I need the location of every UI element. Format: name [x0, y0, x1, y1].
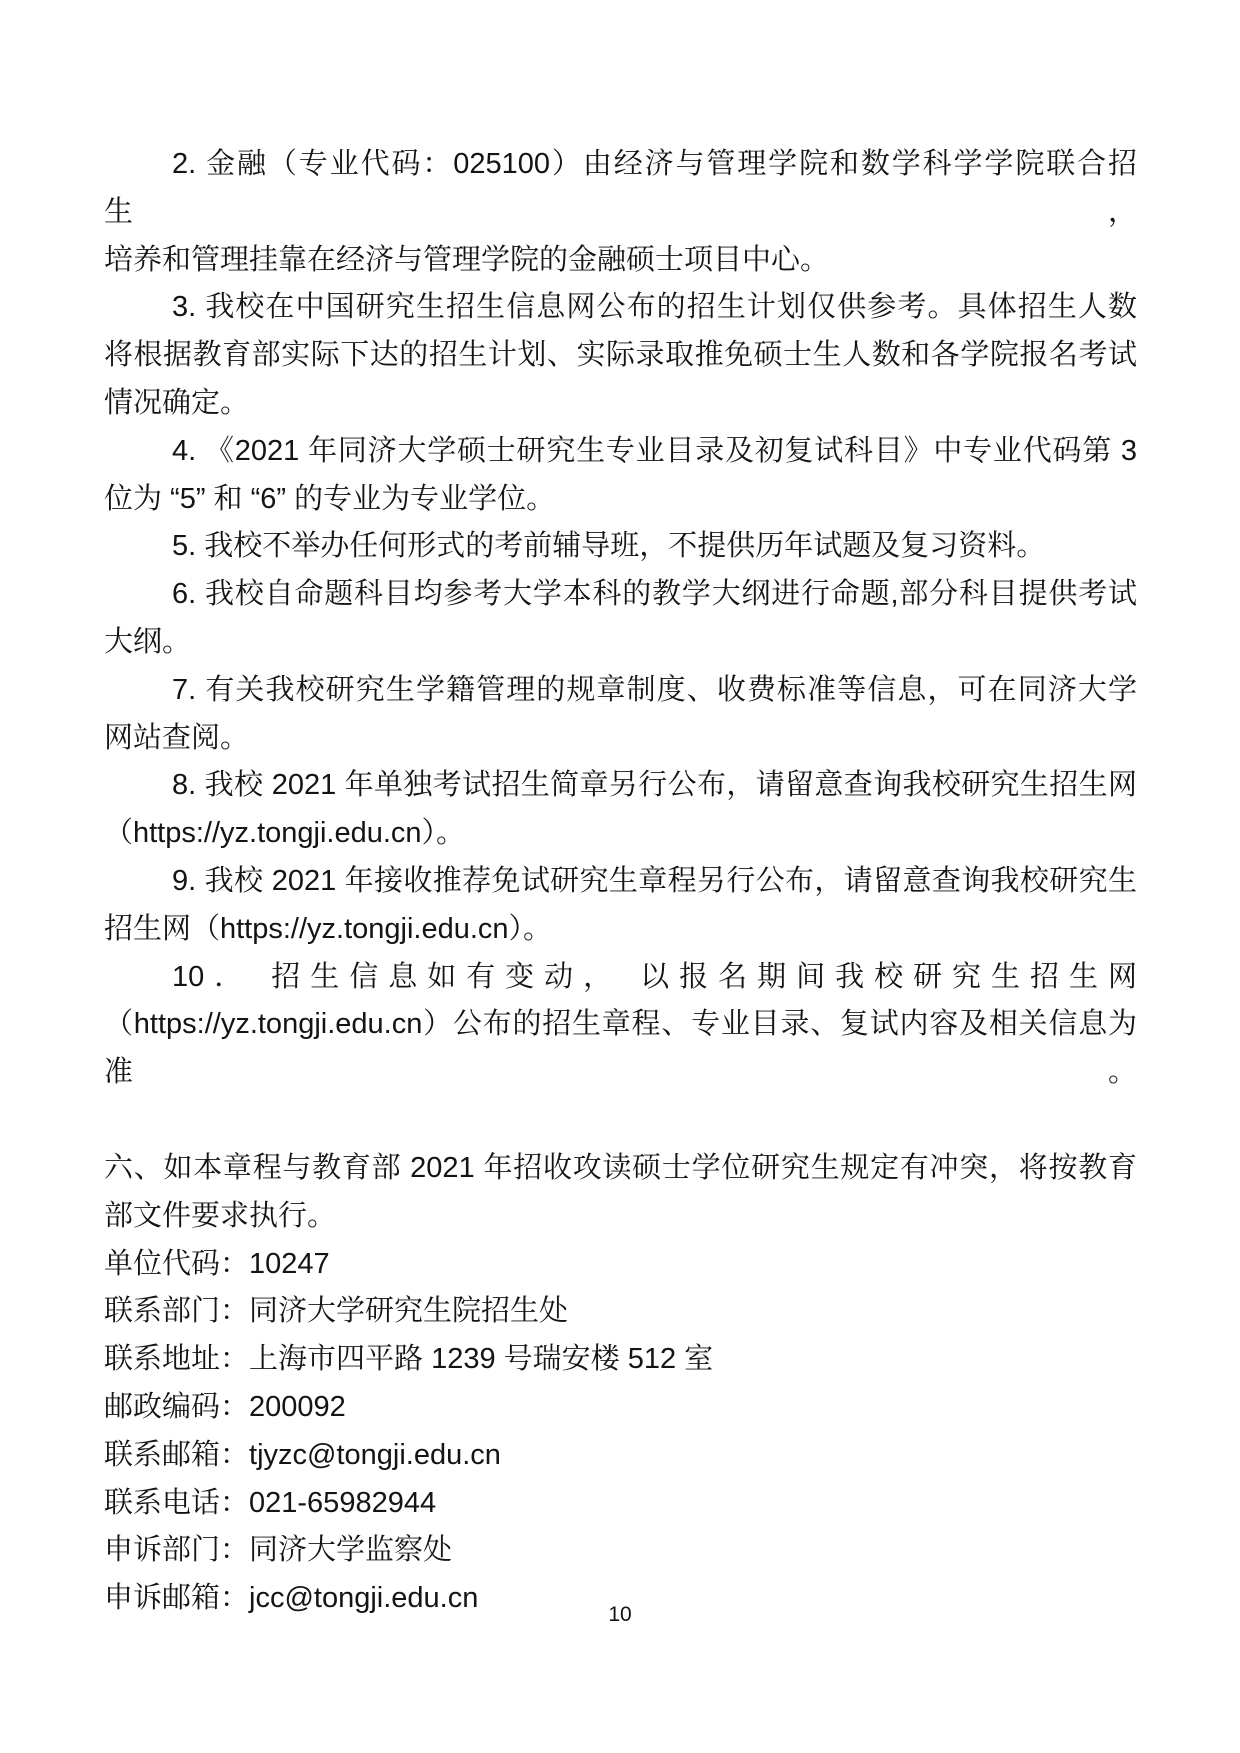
- contact-label: 联系部门：: [104, 1295, 249, 1327]
- text-line: 部文件要求执行。: [104, 1193, 1137, 1241]
- text-line: 网站查阅。: [104, 715, 1137, 763]
- text-line: 2. 金融（专业代码：025100）由经济与管理学院和数学科学学院联合招生，: [104, 141, 1137, 237]
- text-line: 培养和管理挂靠在经济与管理学院的金融硕士项目中心。: [104, 237, 1137, 285]
- list-item-5: 5. 我校不举办任何形式的考前辅导班，不提供历年试题及复习资料。: [104, 523, 1137, 571]
- text-line: 大纲。: [104, 619, 1137, 667]
- text-line: 8. 我校 2021 年单独考试招生简章另行公布，请留意查询我校研究生招生网: [104, 762, 1137, 810]
- contact-label: 邮政编码：: [104, 1391, 249, 1423]
- text-line: 4. 《2021 年同济大学硕士研究生专业目录及初复试科目》中专业代码第 3: [104, 428, 1137, 476]
- text-line: 10． 招生信息如有变动， 以报名期间我校研究生招生网: [104, 954, 1137, 1002]
- text-line: 位为 “5” 和 “6” 的专业为专业学位。: [104, 476, 1137, 524]
- text-line: 7. 有关我校研究生学籍管理的规章制度、收费标准等信息，可在同济大学: [104, 667, 1137, 715]
- list-item-8: 8. 我校 2021 年单独考试招生简章另行公布，请留意查询我校研究生招生网 （…: [104, 762, 1137, 858]
- contact-phone: 联系电话：021-65982944: [104, 1480, 1137, 1528]
- contact-value: 021-65982944: [249, 1487, 436, 1519]
- list-item-9: 9. 我校 2021 年接收推荐免试研究生章程另行公布，请留意查询我校研究生 招…: [104, 858, 1137, 954]
- text-line: 5. 我校不举办任何形式的考前辅导班，不提供历年试题及复习资料。: [104, 523, 1137, 571]
- contact-value: 200092: [249, 1391, 346, 1423]
- contact-email: 联系邮箱：tjyzc@tongji.edu.cn: [104, 1432, 1137, 1480]
- contact-department: 联系部门：同济大学研究生院招生处: [104, 1288, 1137, 1336]
- contact-value: 同济大学研究生院招生处: [249, 1295, 568, 1327]
- contact-postal-code: 邮政编码：200092: [104, 1384, 1137, 1432]
- document-page: 2. 金融（专业代码：025100）由经济与管理学院和数学科学学院联合招生， 培…: [0, 0, 1240, 1753]
- text-line: 9. 我校 2021 年接收推荐免试研究生章程另行公布，请留意查询我校研究生: [104, 858, 1137, 906]
- section-six: 六、如本章程与教育部 2021 年招收攻读硕士学位研究生规定有冲突，将按教育 部…: [104, 1145, 1137, 1241]
- list-item-7: 7. 有关我校研究生学籍管理的规章制度、收费标准等信息，可在同济大学 网站查阅。: [104, 667, 1137, 763]
- contact-label: 联系地址：: [104, 1343, 249, 1375]
- contact-label: 联系邮箱：: [104, 1439, 249, 1471]
- document-body: 2. 金融（专业代码：025100）由经济与管理学院和数学科学学院联合招生， 培…: [104, 141, 1137, 1623]
- blank-line: [104, 1097, 1137, 1145]
- text-line: （https://yz.tongji.edu.cn）公布的招生章程、专业目录、复…: [104, 1001, 1137, 1097]
- contact-address: 联系地址：上海市四平路 1239 号瑞安楼 512 室: [104, 1336, 1137, 1384]
- contact-unit-code: 单位代码：10247: [104, 1241, 1137, 1289]
- text-line: 招生网（https://yz.tongji.edu.cn）。: [104, 906, 1137, 954]
- contact-value: 10247: [249, 1248, 330, 1280]
- text-line: （https://yz.tongji.edu.cn）。: [104, 810, 1137, 858]
- list-item-10: 10． 招生信息如有变动， 以报名期间我校研究生招生网 （https://yz.…: [104, 954, 1137, 1097]
- list-item-4: 4. 《2021 年同济大学硕士研究生专业目录及初复试科目》中专业代码第 3 位…: [104, 428, 1137, 524]
- text-line: 3. 我校在中国研究生招生信息网公布的招生计划仅供参考。具体招生人数: [104, 284, 1137, 332]
- list-item-6: 6. 我校自命题科目均参考大学本科的教学大纲进行命题,部分科目提供考试 大纲。: [104, 571, 1137, 667]
- contact-label: 单位代码：: [104, 1248, 249, 1280]
- text-line: 将根据教育部实际下达的招生计划、实际录取推免硕士生人数和各学院报名考试: [104, 332, 1137, 380]
- list-item-3: 3. 我校在中国研究生招生信息网公布的招生计划仅供参考。具体招生人数 将根据教育…: [104, 284, 1137, 427]
- text-line: 6. 我校自命题科目均参考大学本科的教学大纲进行命题,部分科目提供考试: [104, 571, 1137, 619]
- contact-label: 联系电话：: [104, 1487, 249, 1519]
- contact-value: 上海市四平路 1239 号瑞安楼 512 室: [249, 1343, 713, 1375]
- contact-value: 同济大学监察处: [249, 1534, 452, 1566]
- text-line: 六、如本章程与教育部 2021 年招收攻读硕士学位研究生规定有冲突，将按教育: [104, 1145, 1137, 1193]
- list-item-2: 2. 金融（专业代码：025100）由经济与管理学院和数学科学学院联合招生， 培…: [104, 141, 1137, 284]
- contact-label: 申诉部门：: [104, 1534, 249, 1566]
- page-number: 10: [0, 1603, 1240, 1627]
- text-line: 情况确定。: [104, 380, 1137, 428]
- contact-value: tjyzc@tongji.edu.cn: [249, 1439, 501, 1471]
- contact-appeal-department: 申诉部门：同济大学监察处: [104, 1527, 1137, 1575]
